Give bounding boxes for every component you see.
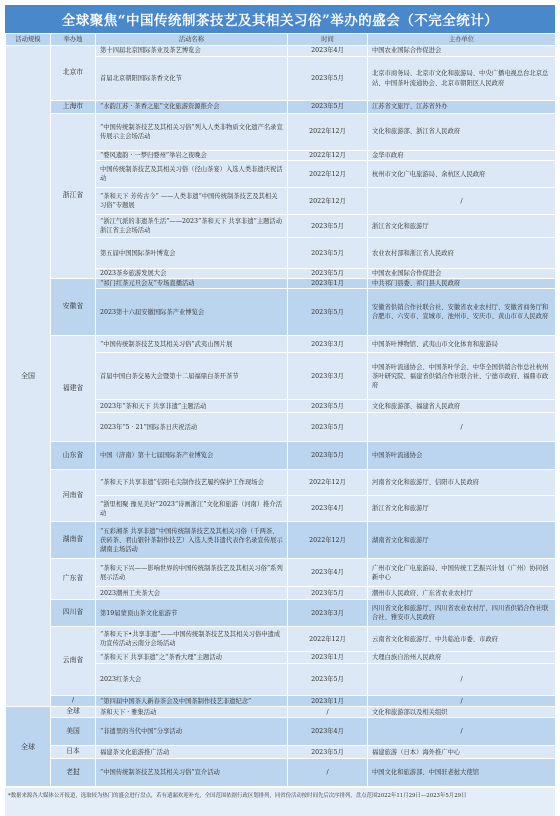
organizer-cell: 中共祁门县委、祁门县人民政府 — [368, 279, 556, 289]
event-cell: “中国传统制茶技艺及其相关习俗”宣介活动 — [96, 759, 288, 787]
organizer-cell: 北京市商务局、北京市文化和旅游局、中央广播电视总台北京总站、中国茶叶流通协会、北… — [368, 57, 556, 101]
event-cell: 福建茶文化旅游推广活动 — [96, 746, 288, 759]
header-place: 举办地 — [51, 34, 96, 46]
event-cell: “茶和天下•共享非遗”——中国传统制茶技艺及其相关习俗申遗成功宣传活动云南分会场… — [96, 627, 288, 652]
event-cell: “茶和天下 共享非遗”之“茶香大理”主题活动 — [96, 652, 288, 664]
table-row: 全国北京市第十四届北京国际茶业及茶艺博览会2023年4月中国农业国际合作促进会 — [6, 46, 556, 57]
organizer-cell: 福建旅游（日本）海外推广中心 — [368, 746, 556, 759]
time-cell: 2022年12月 — [288, 161, 368, 188]
table-body: 全国北京市第十四届北京国际茶业及茶艺博览会2023年4月中国农业国际合作促进会首… — [6, 46, 556, 787]
time-cell: 2023年5月 — [288, 400, 368, 413]
table-row: 四川省第19届蒙顶山茶文化旅游节2023年3月四川省文化和旅游厅、四川省农业农村… — [6, 600, 556, 627]
header-time: 时间 — [288, 34, 368, 46]
event-cell: “水韵江苏 · 茶香之旅”文化旅游资源推介会 — [96, 101, 288, 114]
time-cell: 2022年12月 — [288, 470, 368, 496]
organizer-cell: 广州市文化广电旅游局、中国传统工艺振兴计划（广州）协同创新中心 — [368, 559, 556, 587]
organizer-cell: 大理白族自治州人民政府 — [368, 652, 556, 664]
event-cell: “非遗里的当代中国”分享活动 — [96, 718, 288, 746]
organizer-cell: 中国茶叶博物馆、武夷山市文化体育和旅游局 — [368, 336, 556, 353]
place-cell: 日本 — [51, 746, 96, 759]
place-cell: 山东省 — [51, 442, 96, 470]
organizer-cell: / — [368, 696, 556, 707]
table-row: 山东省中国（济南）第十七届国际茶产业博览会2023年5月中国茶叶流通协会 — [6, 442, 556, 470]
header-organizer: 主办单位 — [368, 34, 556, 46]
time-cell: 2022年12月 — [288, 114, 368, 151]
event-cell: 茶和天下 · 雅集活动 — [96, 707, 288, 718]
place-cell: 北京市 — [51, 46, 96, 101]
event-cell: “五彩湘茶 共享非遗”中国传统制茶技艺及其相关习俗（千两茶、茯砖茶、君山银针茶制… — [96, 522, 288, 559]
place-cell: 四川省 — [51, 600, 96, 627]
organizer-cell: 金华市政府 — [368, 151, 556, 161]
place-cell: 全球 — [51, 707, 96, 718]
organizer-cell: 湖南省文化和旅游厅 — [368, 522, 556, 559]
organizer-cell: / — [368, 718, 556, 746]
time-cell: 2023年1月 — [288, 279, 368, 289]
organizer-cell: 中国茶叶流通协会、中国茶叶学会、中华全国供销合作总社杭州茶叶研究院、福建省供销合… — [368, 353, 556, 400]
table-row: 浙江省“中国传统制茶技艺及其相关习俗”列入人类非物质文化遗产名录宣传展示主会场活… — [6, 114, 556, 151]
time-cell: 2023年5月 — [288, 101, 368, 114]
table-row: 上海市“水韵江苏 · 茶香之旅”文化旅游资源推介会2023年5月江苏省文旅厅、江… — [6, 101, 556, 114]
event-cell: “浙江气派的非遗茶生活”——2023“茶和天下 共享非遗”主题活动浙江省主会场活… — [96, 215, 288, 238]
organizer-cell: 中国茶叶流通协会 — [368, 442, 556, 470]
header-scale: 活动规模 — [6, 34, 51, 46]
time-cell: 2023年5月 — [288, 664, 368, 696]
place-cell: 广东省 — [51, 559, 96, 600]
place-cell: 上海市 — [51, 101, 96, 114]
time-cell: 2023年5月 — [288, 57, 368, 101]
time-cell: 2023年4月 — [288, 718, 368, 746]
time-cell: 2023年3月 — [288, 600, 368, 627]
place-cell: 河南省 — [51, 470, 96, 522]
time-cell: 2023年4月 — [288, 559, 368, 587]
time-cell: 2022年12月 — [288, 151, 368, 161]
event-cell: 第19届蒙顶山茶文化旅游节 — [96, 600, 288, 627]
event-cell: 2023红茶大会 — [96, 664, 288, 696]
table-row: 广东省“茶和天下兴——影响世界的中国传统制茶技艺及其相关习俗”系列展示活动202… — [6, 559, 556, 587]
place-cell: 浙江省 — [51, 114, 96, 279]
event-cell: “茶和天下 芳传古今” ——人类非遗“中国传统制茶技艺及其相关习俗”专题展 — [96, 188, 288, 215]
event-cell: 中国（济南）第十七届国际茶产业博览会 — [96, 442, 288, 470]
organizer-cell: 中国农业国际合作促进会 — [368, 46, 556, 57]
organizer-cell: 安徽省供销合作社联合社、安徽省农业农村厅、安徽省商务厅和合肥市、六安市、宣城市、… — [368, 289, 556, 336]
time-cell: 2023年1月 — [288, 696, 368, 707]
infographic: 全球聚焦“中国传统制茶技艺及其相关习俗”举办的盛会（不完全统计） 活动规模 举办… — [5, 5, 555, 800]
time-cell: 2023年4月 — [288, 496, 368, 522]
organizer-cell: / — [368, 413, 556, 442]
table-row: 河南省“茶和天下共享非遗”信阳毛尖制作技艺履约保护工作现场会2022年12月河南… — [6, 470, 556, 496]
place-cell: 福建省 — [51, 336, 96, 442]
event-cell: 2023年“茶和天下 共享非遗”主题活动 — [96, 400, 288, 413]
time-cell: 2023年5月 — [288, 413, 368, 442]
organizer-cell: / — [368, 188, 556, 215]
table-header: 活动规模 举办地 活动名称 时间 主办单位 — [6, 34, 556, 46]
time-cell: 2023年3月 — [288, 353, 368, 400]
time-cell: / — [288, 707, 368, 718]
time-cell: / — [288, 759, 368, 787]
time-cell: 2023年1月 — [288, 652, 368, 664]
organizer-cell: 河南省文化和旅游厅、信阳市人民政府 — [368, 470, 556, 496]
event-cell: “第四届中国茶人新春茶会及中国茶制作技艺非遗纪念” — [96, 696, 288, 707]
organizer-cell: 潮州市人民政府、广东省农业农村厅 — [368, 587, 556, 600]
time-cell: 2022年12月 — [288, 188, 368, 215]
organizer-cell: 浙江省文化和旅游厅 — [368, 496, 556, 522]
event-cell: 首届中国白茶交易大会暨第十二届福鼎白茶开茶节 — [96, 353, 288, 400]
table-row: 美国“非遗里的当代中国”分享活动2023年4月/ — [6, 718, 556, 746]
event-cell: 第十四届北京国际茶业及茶艺博览会 — [96, 46, 288, 57]
organizer-cell: 农业农村部和浙江省人民政府 — [368, 238, 556, 269]
event-cell: “中国传统制茶技艺及其相关习俗”武夷山图片展 — [96, 336, 288, 353]
events-table: 活动规模 举办地 活动名称 时间 主办单位 全国北京市第十四届北京国际茶业及茶艺… — [5, 33, 556, 787]
time-cell: 2023年5月 — [288, 289, 368, 336]
event-cell: “茶和天下共享非遗”信阳毛尖制作技艺履约保护工作现场会 — [96, 470, 288, 496]
place-cell: 云南省 — [51, 627, 96, 696]
time-cell: 2023年5月 — [288, 442, 368, 470]
organizer-cell: 江苏省文旅厅、江苏省外办 — [368, 101, 556, 114]
scale-cell: 全国 — [6, 46, 51, 707]
event-cell: “浙里相聚 豫见美好”2023“诗画浙江”文化和旅游（河南）推介活动 — [96, 496, 288, 522]
organizer-cell: 文化和旅游部、福建省人民政府 — [368, 400, 556, 413]
footnote: *数据来源各大媒体公开报道，选取较为热门的盛会进行盘点，若有遗漏欢迎补充，全国范… — [5, 787, 555, 800]
organizer-cell: 中国农业国际合作促进会 — [368, 269, 556, 279]
event-cell: 2023第十六届安徽国际茶产业博览会 — [96, 289, 288, 336]
event-cell: “婺风遗韵 · 一梦归婺州”举岩之夜晚会 — [96, 151, 288, 161]
organizer-cell: 浙江省文化和旅游厅 — [368, 215, 556, 238]
event-cell: 2023年“5 · 21”国际茶日庆祝活动 — [96, 413, 288, 442]
event-cell: 第五届中国国际茶叶博览会 — [96, 238, 288, 269]
event-cell: 2023茶乡旅游发展大会 — [96, 269, 288, 279]
table-row: 日本福建茶文化旅游推广活动2023年5月福建旅游（日本）海外推广中心 — [6, 746, 556, 759]
place-cell: 美国 — [51, 718, 96, 746]
time-cell: 2022年12月 — [288, 627, 368, 652]
table-row: 老挝“中国传统制茶技艺及其相关习俗”宣介活动/中国文化和旅游部、中国驻老挝大使馆 — [6, 759, 556, 787]
header-event: 活动名称 — [96, 34, 288, 46]
time-cell: 2023年5月 — [288, 215, 368, 238]
time-cell: 2023年5月 — [288, 746, 368, 759]
table-row: 安徽省“祁门红茶元旦会友”专场直播活动2023年1月中共祁门县委、祁门县人民政府 — [6, 279, 556, 289]
organizer-cell: 文化和旅游部、浙江省人民政府 — [368, 114, 556, 151]
time-cell: 2023年5月 — [288, 587, 368, 600]
place-cell: 安徽省 — [51, 279, 96, 336]
time-cell: 2022年12月 — [288, 522, 368, 559]
table-row: 全球全球茶和天下 · 雅集活动/文化和旅游部以及相关组织 — [6, 707, 556, 718]
place-cell: / — [51, 696, 96, 707]
organizer-cell: 杭州市文化广电旅游局、余杭区人民政府 — [368, 161, 556, 188]
table-row: /“第四届中国茶人新春茶会及中国茶制作技艺非遗纪念”2023年1月/ — [6, 696, 556, 707]
organizer-cell: / — [368, 664, 556, 696]
time-cell: 2023年5月 — [288, 238, 368, 269]
organizer-cell: 中国文化和旅游部、中国驻老挝大使馆 — [368, 759, 556, 787]
organizer-cell: 四川省文化和旅游厅、四川省农业农村厅、四川省供销合作社联合社、雅安市人民政府 — [368, 600, 556, 627]
event-cell: 首届北京朝阳国际茶香文化节 — [96, 57, 288, 101]
time-cell: 2023年4月 — [288, 46, 368, 57]
table-row: 湖南省“五彩湘茶 共享非遗”中国传统制茶技艺及其相关习俗（千两茶、茯砖茶、君山银… — [6, 522, 556, 559]
table-row: 云南省“茶和天下•共享非遗”——中国传统制茶技艺及其相关习俗申遗成功宣传活动云南… — [6, 627, 556, 652]
event-cell: “中国传统制茶技艺及其相关习俗”列入人类非物质文化遗产名录宣传展示主会场活动 — [96, 114, 288, 151]
table-row: 福建省“中国传统制茶技艺及其相关习俗”武夷山图片展2023年3月中国茶叶博物馆、… — [6, 336, 556, 353]
event-cell: “祁门红茶元旦会友”专场直播活动 — [96, 279, 288, 289]
event-cell: “茶和天下兴——影响世界的中国传统制茶技艺及其相关习俗”系列展示活动 — [96, 559, 288, 587]
place-cell: 湖南省 — [51, 522, 96, 559]
time-cell: 2023年3月 — [288, 336, 368, 353]
organizer-cell: 文化和旅游部以及相关组织 — [368, 707, 556, 718]
page-title: 全球聚焦“中国传统制茶技艺及其相关习俗”举办的盛会（不完全统计） — [5, 5, 555, 33]
scale-cell: 全球 — [6, 707, 51, 787]
organizer-cell: 云南省文化和旅游厅、中共临沧市委、市政府 — [368, 627, 556, 652]
time-cell: 2023年5月 — [288, 269, 368, 279]
event-cell: 2023潮州工夫茶大会 — [96, 587, 288, 600]
place-cell: 老挝 — [51, 759, 96, 787]
event-cell: 中国传统制茶技艺及其相关习俗（径山茶宴）入选人类非遗庆祝活动 — [96, 161, 288, 188]
